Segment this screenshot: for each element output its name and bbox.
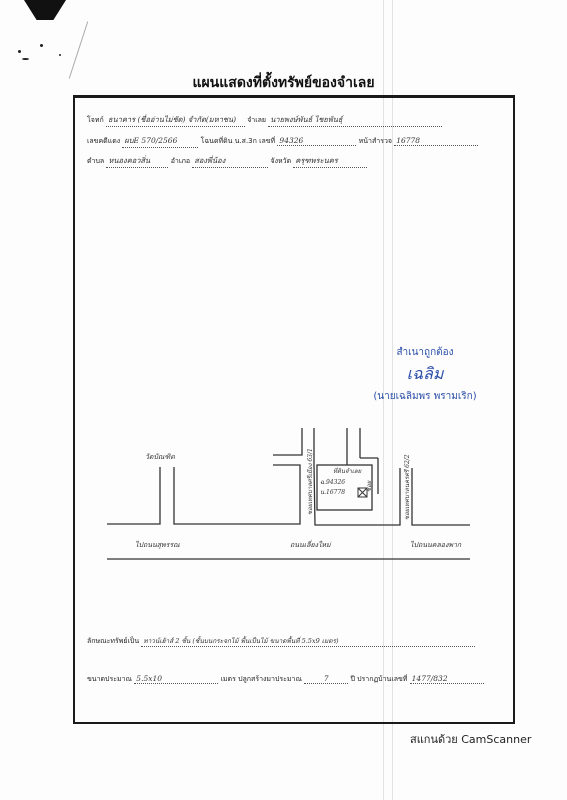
map-label-parcel-deed: ฉ.94326 (320, 477, 345, 487)
house-no-value: 1477/832 (410, 674, 484, 684)
map-label-road-center: ถนนเลี่ยงใหม่ (290, 540, 331, 551)
map-label-road-right: ไปถนนคลองพาก (410, 540, 461, 551)
map-label-lane-left: ซอยเทศบาลศรีเมือง 63/1 (305, 448, 315, 515)
house-no-label: ปี ปรากฏบ้านเลขที่ (350, 675, 407, 683)
years-value: 7 (304, 674, 348, 684)
map-label-lane-right: ซอยเทศบาลนครศรี 62/2 (402, 454, 412, 520)
property-type-label: ลักษณะทรัพย์เป็น (87, 637, 139, 645)
map-label-parcel-title: ที่ดินจำเลย (333, 466, 361, 476)
map-label-parcel-page: น.16778 (320, 487, 345, 497)
size-value: 5.5x10 (134, 674, 218, 684)
camscanner-watermark: สแกนด้วย CamScanner (410, 730, 531, 748)
unit-label: เมตร ปลูกสร้างมาประมาณ (221, 675, 302, 683)
map-label-side-road: ซอย (364, 481, 374, 492)
map-label-temple: วัดบัณฑิต (145, 452, 175, 463)
size-label: ขนาดประมาณ (87, 675, 132, 683)
map-label-road-left: ไปถนนสุพรรณ (135, 540, 180, 551)
property-type-value: ทาวน์เฮ้าส์ 2 ชั้น (ชั้นบนกระจกไม้ พื้นเ… (141, 636, 475, 647)
footer-row-size: ขนาดประมาณ 5.5x10 เมตร ปลูกสร้างมาประมาณ… (87, 674, 484, 685)
footer-row-property-type: ลักษณะทรัพย์เป็น ทาวน์เฮ้าส์ 2 ชั้น (ชั้… (87, 636, 475, 647)
